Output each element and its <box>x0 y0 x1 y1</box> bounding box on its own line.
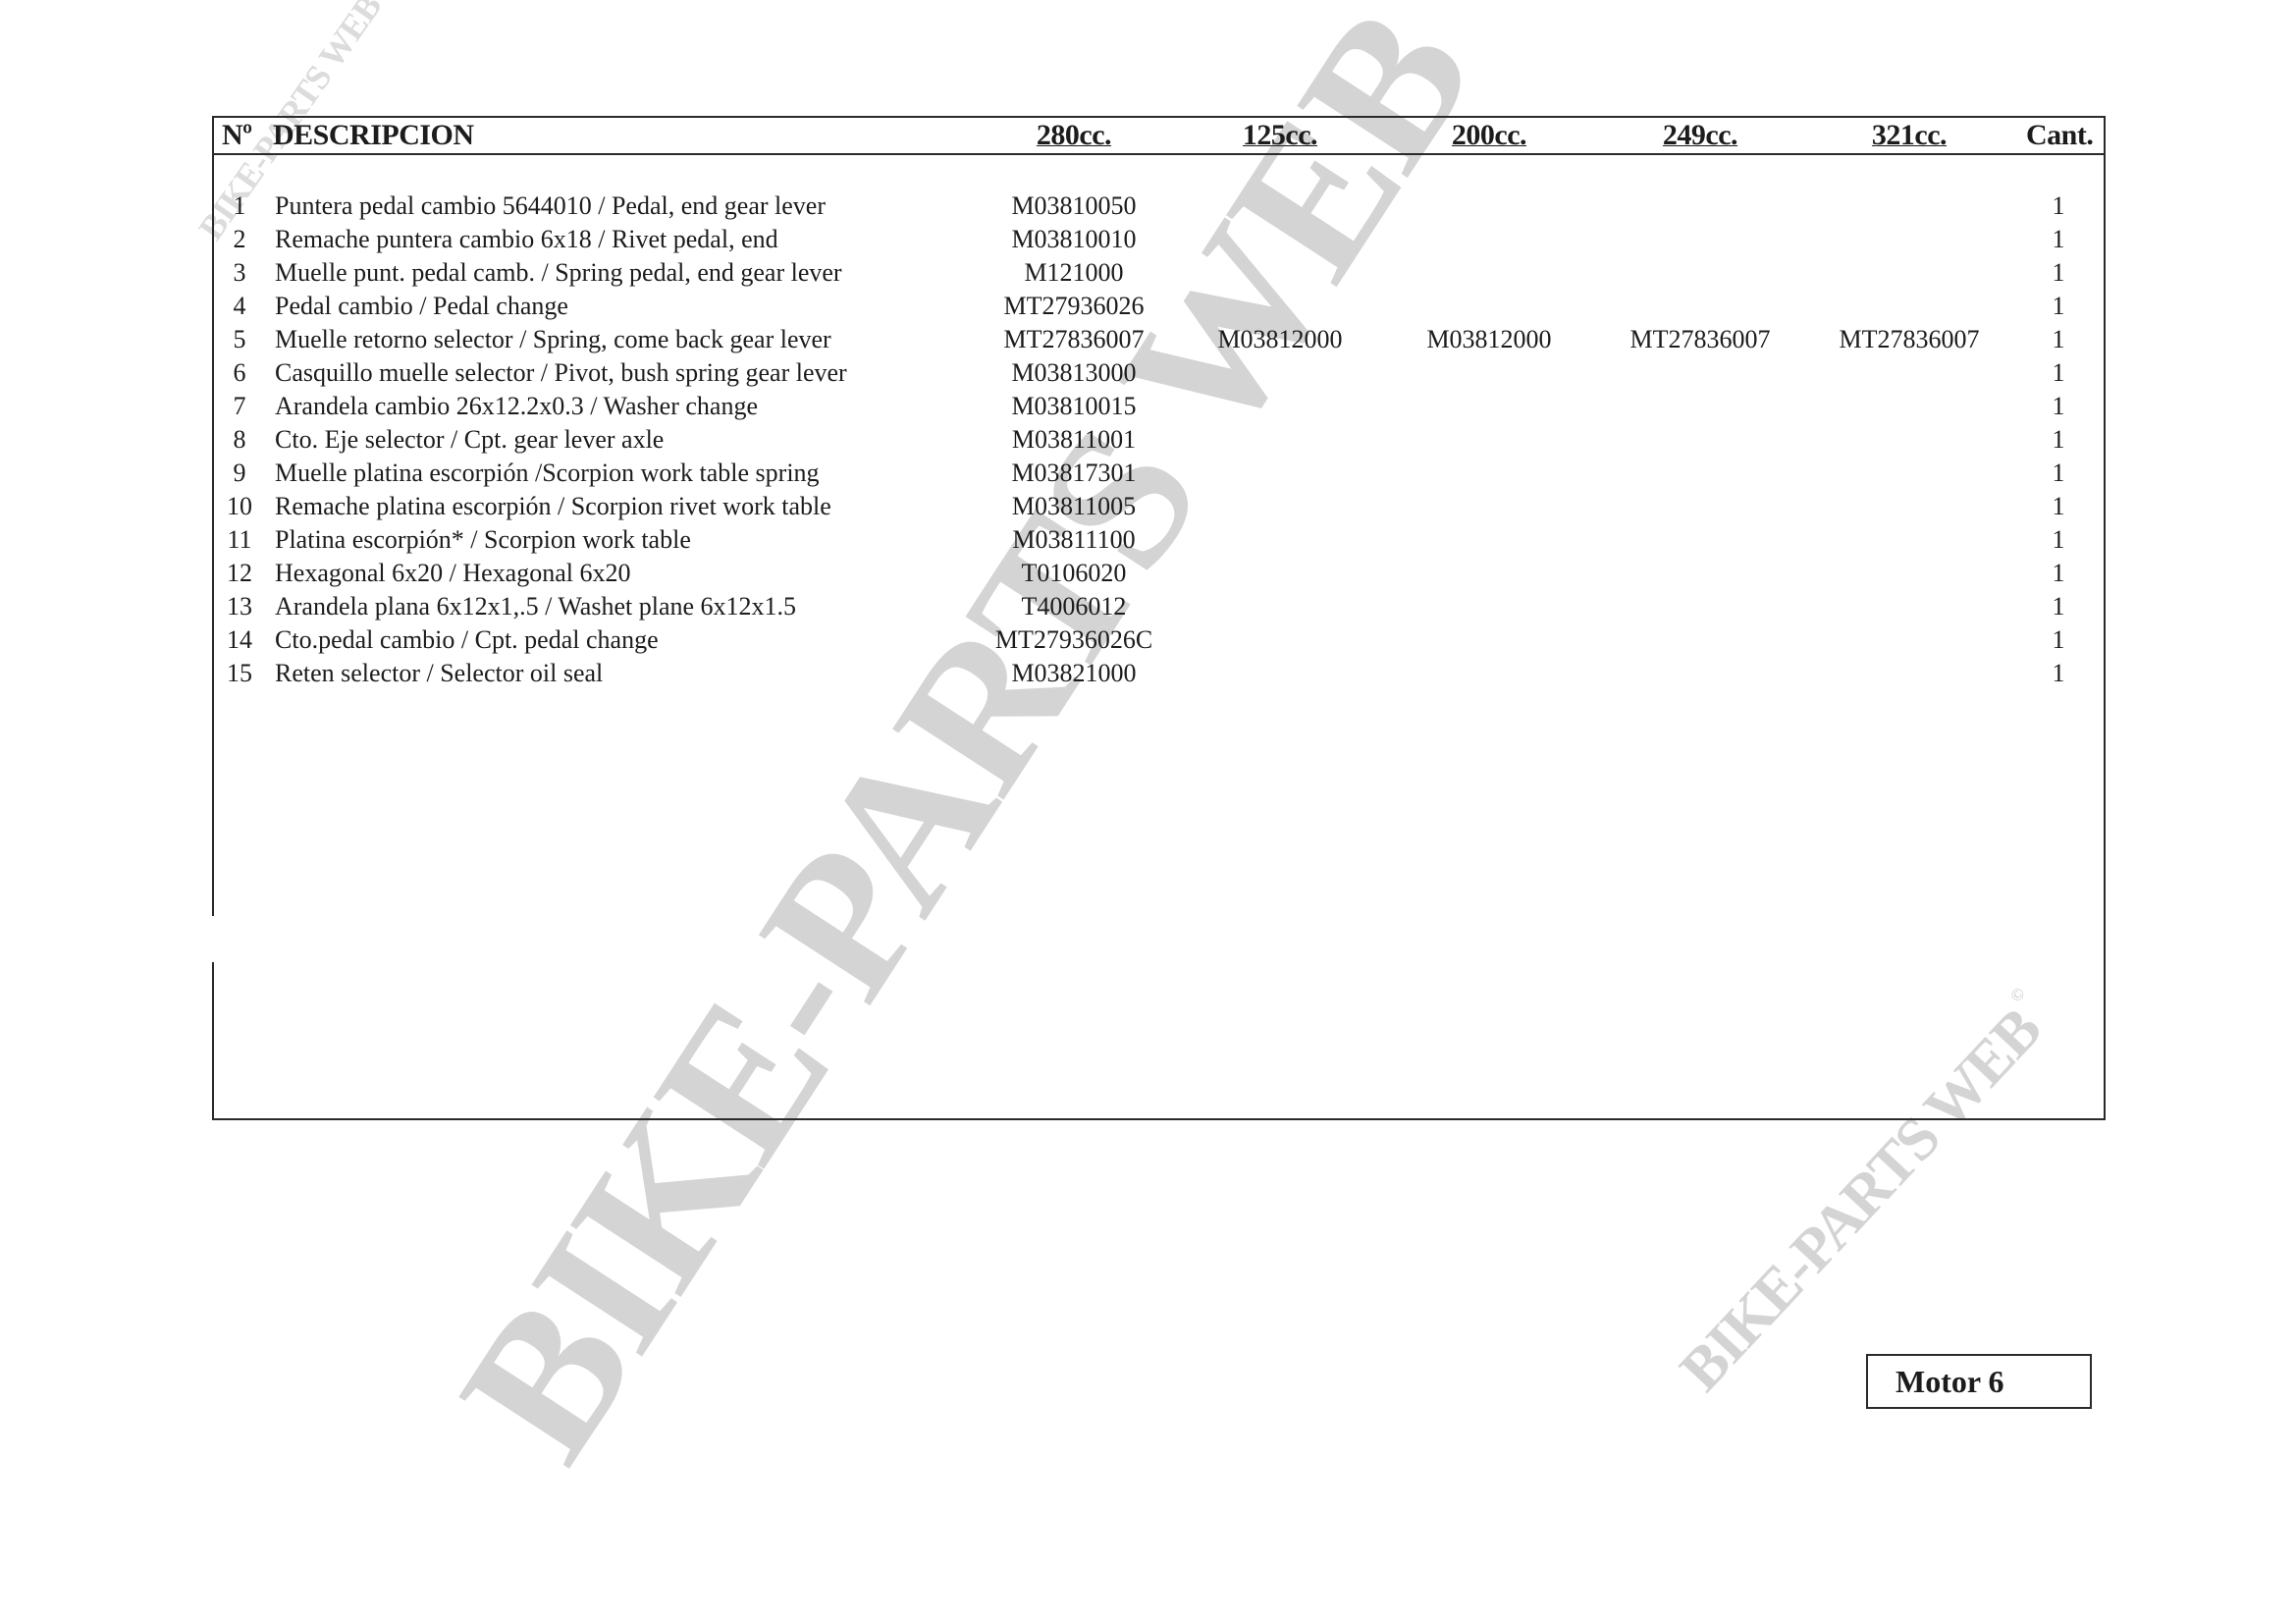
row-quantity: 1 <box>2044 356 2073 390</box>
row-number: 9 <box>220 457 259 490</box>
row-part-number: M03811001 <box>966 423 1182 457</box>
row-quantity: 1 <box>2044 457 2073 490</box>
table-row: 6Casquillo muelle selector / Pivot, bush… <box>212 356 2106 390</box>
table-row: 14Cto.pedal cambio / Cpt. pedal changeMT… <box>212 623 2106 657</box>
table-border-left-lower <box>212 962 214 1120</box>
table-row: 7Arandela cambio 26x12.2x0.3 / Washer ch… <box>212 390 2106 423</box>
row-description: Remache platina escorpión / Scorpion riv… <box>275 490 831 523</box>
row-part-number: M03821000 <box>966 657 1182 690</box>
row-description: Puntera pedal cambio 5644010 / Pedal, en… <box>275 189 826 223</box>
row-part-number: MT27836007 <box>1801 323 2017 356</box>
row-number: 4 <box>220 290 259 323</box>
row-description: Arandela plana 6x12x1,.5 / Washet plane … <box>275 590 796 623</box>
row-quantity: 1 <box>2044 590 2073 623</box>
header-quantity: Cant. <box>2026 118 2093 153</box>
header-description: DESCRIPCION <box>273 118 474 153</box>
row-part-number: M03813000 <box>966 356 1182 390</box>
row-description: Hexagonal 6x20 / Hexagonal 6x20 <box>275 557 630 590</box>
row-quantity: 1 <box>2044 290 2073 323</box>
row-number: 11 <box>220 523 259 557</box>
row-number: 6 <box>220 356 259 390</box>
table-row: 11Platina escorpión* / Scorpion work tab… <box>212 523 2106 557</box>
header-321cc: 321cc. <box>1811 118 2007 153</box>
row-number: 14 <box>220 623 259 657</box>
row-description: Muelle punt. pedal camb. / Spring pedal,… <box>275 256 842 290</box>
table-row: 13Arandela plana 6x12x1,.5 / Washet plan… <box>212 590 2106 623</box>
row-part-number: T4006012 <box>966 590 1182 623</box>
table-row: 12Hexagonal 6x20 / Hexagonal 6x20T010602… <box>212 557 2106 590</box>
header-200cc: 200cc. <box>1391 118 1587 153</box>
table-row: 10Remache platina escorpión / Scorpion r… <box>212 490 2106 523</box>
row-number: 10 <box>220 490 259 523</box>
row-quantity: 1 <box>2044 323 2073 356</box>
table-row: 9Muelle platina escorpión /Scorpion work… <box>212 457 2106 490</box>
row-part-number: M03812000 <box>1381 323 1597 356</box>
row-quantity: 1 <box>2044 390 2073 423</box>
row-description: Remache puntera cambio 6x18 / Rivet peda… <box>275 223 778 256</box>
row-part-number: M121000 <box>966 256 1182 290</box>
row-part-number: M03811100 <box>966 523 1182 557</box>
row-part-number: M03810050 <box>966 189 1182 223</box>
table-border-bottom <box>212 1118 2106 1120</box>
row-quantity: 1 <box>2044 256 2073 290</box>
table-row: 15Reten selector / Selector oil sealM038… <box>212 657 2106 690</box>
row-part-number: M03812000 <box>1172 323 1388 356</box>
parts-table: Nº DESCRIPCION 280cc. 125cc. 200cc. 249c… <box>212 116 2106 1120</box>
row-part-number: MT27936026 <box>966 290 1182 323</box>
row-quantity: 1 <box>2044 189 2073 223</box>
row-number: 8 <box>220 423 259 457</box>
row-part-number: M03810015 <box>966 390 1182 423</box>
table-row: 8Cto. Eje selector / Cpt. gear lever axl… <box>212 423 2106 457</box>
row-quantity: 1 <box>2044 657 2073 690</box>
header-number: Nº <box>222 118 252 153</box>
header-divider <box>212 153 2106 155</box>
row-number: 1 <box>220 189 259 223</box>
row-description: Cto. Eje selector / Cpt. gear lever axle <box>275 423 664 457</box>
row-part-number: MT27836007 <box>1592 323 1808 356</box>
table-row: 4Pedal cambio / Pedal changeMT279360261 <box>212 290 2106 323</box>
row-description: Muelle platina escorpión /Scorpion work … <box>275 457 820 490</box>
row-quantity: 1 <box>2044 623 2073 657</box>
row-number: 5 <box>220 323 259 356</box>
row-number: 15 <box>220 657 259 690</box>
row-number: 12 <box>220 557 259 590</box>
row-description: Platina escorpión* / Scorpion work table <box>275 523 691 557</box>
section-label: Motor 6 <box>1896 1356 2003 1407</box>
row-quantity: 1 <box>2044 557 2073 590</box>
row-quantity: 1 <box>2044 523 2073 557</box>
row-quantity: 1 <box>2044 223 2073 256</box>
row-part-number: M03811005 <box>966 490 1182 523</box>
row-number: 2 <box>220 223 259 256</box>
row-quantity: 1 <box>2044 490 2073 523</box>
row-part-number: MT27936026C <box>966 623 1182 657</box>
section-label-box: Motor 6 <box>1866 1354 2092 1409</box>
row-description: Cto.pedal cambio / Cpt. pedal change <box>275 623 659 657</box>
row-description: Pedal cambio / Pedal change <box>275 290 568 323</box>
row-part-number: MT27836007 <box>966 323 1182 356</box>
row-part-number: T0106020 <box>966 557 1182 590</box>
header-125cc: 125cc. <box>1182 118 1378 153</box>
table-row: 1Puntera pedal cambio 5644010 / Pedal, e… <box>212 189 2106 223</box>
row-part-number: M03817301 <box>966 457 1182 490</box>
row-description: Muelle retorno selector / Spring, come b… <box>275 323 831 356</box>
row-part-number: M03810010 <box>966 223 1182 256</box>
row-description: Casquillo muelle selector / Pivot, bush … <box>275 356 847 390</box>
row-quantity: 1 <box>2044 423 2073 457</box>
row-description: Arandela cambio 26x12.2x0.3 / Washer cha… <box>275 390 758 423</box>
row-number: 7 <box>220 390 259 423</box>
row-description: Reten selector / Selector oil seal <box>275 657 603 690</box>
header-280cc: 280cc. <box>976 118 1172 153</box>
table-row: 5Muelle retorno selector / Spring, come … <box>212 323 2106 356</box>
header-249cc: 249cc. <box>1602 118 1798 153</box>
table-row: 2Remache puntera cambio 6x18 / Rivet ped… <box>212 223 2106 256</box>
table-row: 3Muelle punt. pedal camb. / Spring pedal… <box>212 256 2106 290</box>
row-number: 13 <box>220 590 259 623</box>
row-number: 3 <box>220 256 259 290</box>
